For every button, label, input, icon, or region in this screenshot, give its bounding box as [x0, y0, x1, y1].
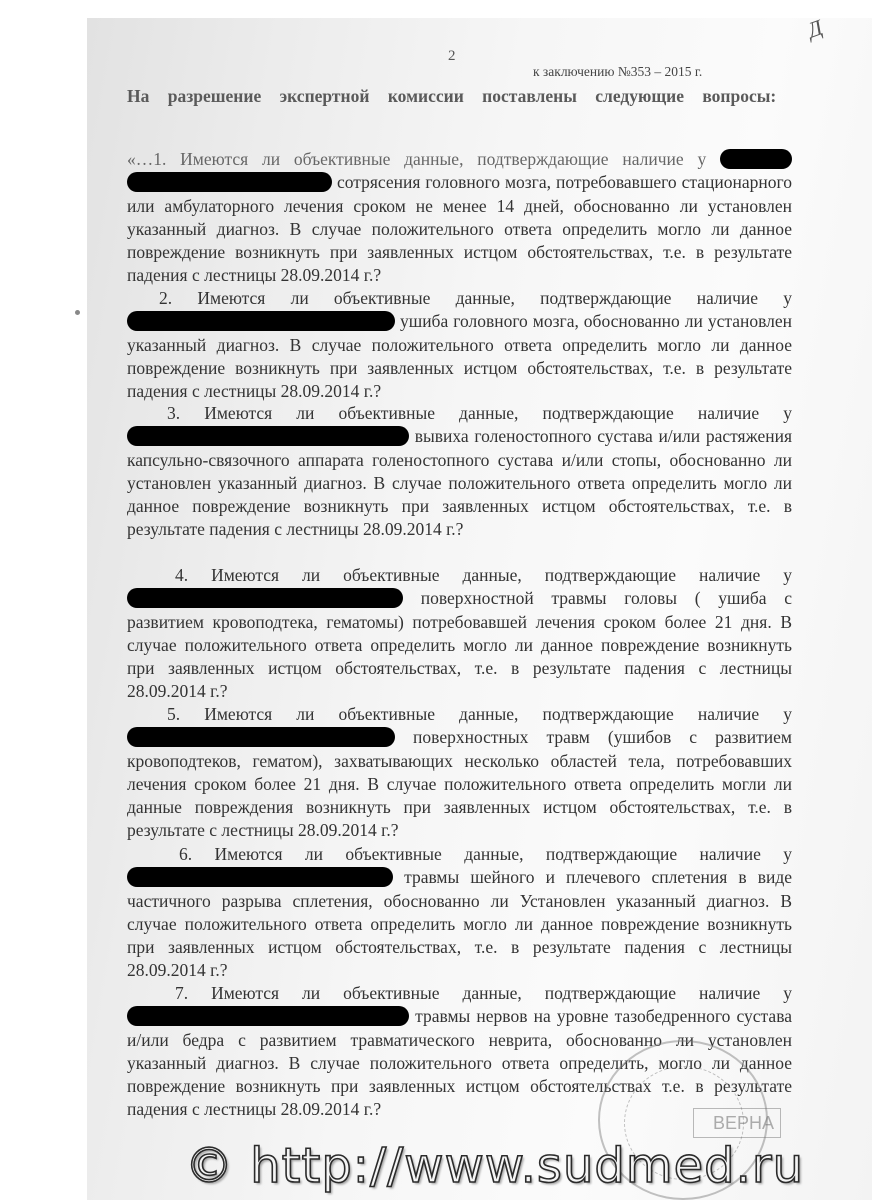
watermark: © http://www.sudmed.ru	[185, 1138, 804, 1194]
redaction-bar	[127, 727, 395, 747]
question-5: 5. Имеются ли объективные данные, подтве…	[127, 703, 792, 843]
question-6: 6. Имеются ли объективные данные, подтве…	[127, 843, 792, 983]
redaction-bar	[720, 149, 792, 169]
question-lead: 6. Имеются ли объективные данные, подтве…	[179, 844, 792, 864]
document-reference: к заключению №353 – 2015 г.	[533, 64, 702, 80]
question-lead: 2. Имеются ли объективные данные, подтве…	[159, 288, 792, 308]
certified-copy-stamp: ВЕРНА	[693, 1108, 781, 1138]
redaction-bar	[127, 1006, 409, 1026]
question-2: 2. Имеются ли объективные данные, подтве…	[127, 287, 792, 403]
section-heading: На разрешение экспертной комиссии постав…	[127, 84, 784, 108]
question-4: 4. Имеются ли объективные данные, подтве…	[127, 564, 792, 704]
question-lead: 5. Имеются ли объективные данные, подтве…	[167, 704, 792, 724]
page-number: 2	[448, 48, 456, 65]
redaction-bar	[127, 172, 332, 192]
question-lead: 4. Имеются ли объективные данные, подтве…	[175, 565, 792, 585]
scan-speck	[75, 310, 80, 315]
redaction-bar	[127, 588, 403, 608]
redaction-bar	[127, 867, 393, 887]
redaction-bar	[127, 311, 395, 331]
redaction-bar	[127, 426, 409, 446]
question-lead: «…1. Имеются ли объективные данные, подт…	[127, 149, 706, 169]
question-1: «…1. Имеются ли объективные данные, подт…	[127, 148, 792, 288]
question-lead: 3. Имеются ли объективные данные, подтве…	[167, 403, 792, 423]
question-3: 3. Имеются ли объективные данные, подтве…	[127, 402, 792, 542]
question-lead: 7. Имеются ли объективные данные, подтве…	[175, 983, 792, 1003]
